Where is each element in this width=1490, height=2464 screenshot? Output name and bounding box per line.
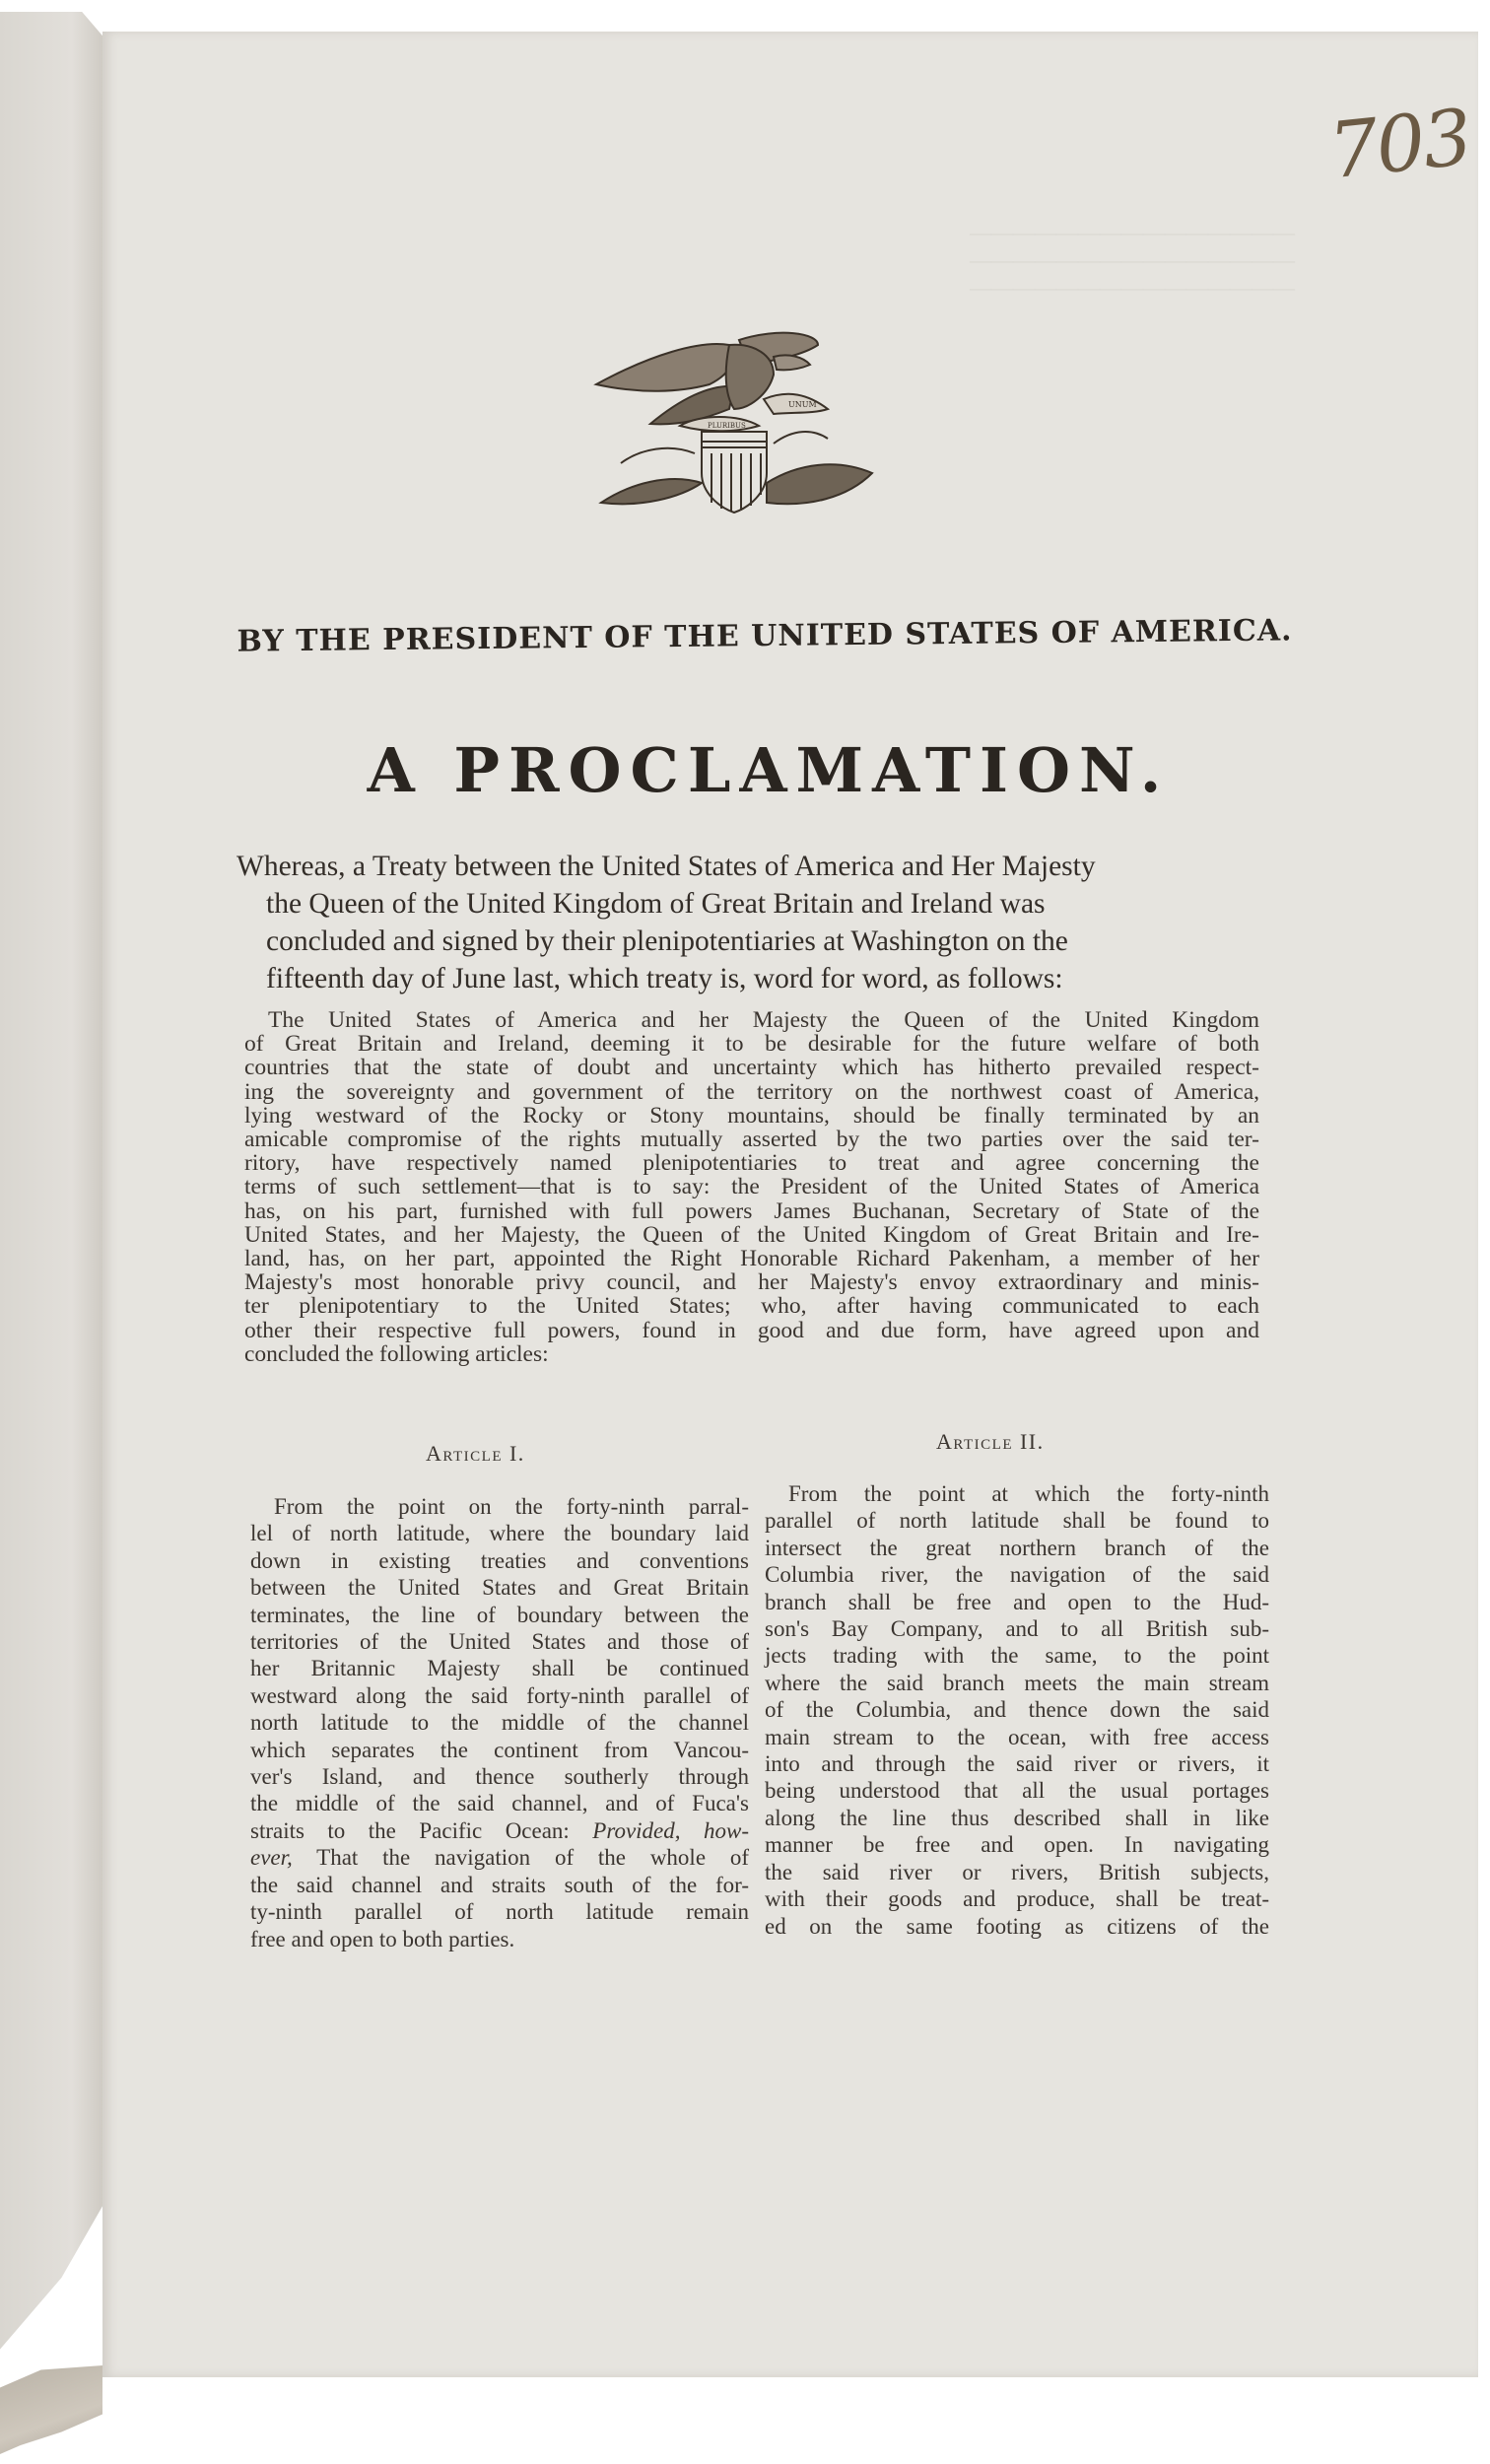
article-line: along the line thus described shall in l… <box>765 1805 1269 1831</box>
article-line: north latitude to the middle of the chan… <box>250 1709 749 1736</box>
article-line: westward along the said forty-ninth para… <box>250 1682 749 1709</box>
article-line: where the said branch meets the main str… <box>765 1670 1269 1696</box>
preamble-line: terms of such settlement—that is to say:… <box>244 1175 1259 1198</box>
article-line: ver's Island, and thence southerly throu… <box>250 1763 749 1790</box>
article-line: main stream to the ocean, with free acce… <box>765 1724 1269 1750</box>
article-line: the said channel and straits south of th… <box>250 1872 749 1898</box>
article-line: From the point on the forty-ninth parral… <box>250 1493 749 1520</box>
preamble-line: land, has, on her part, appointed the Ri… <box>244 1247 1259 1270</box>
article-line: intersect the great northern branch of t… <box>765 1535 1269 1561</box>
article-1-title: Article I. <box>426 1441 525 1467</box>
article-line: ever, That the navigation of the whole o… <box>250 1844 749 1871</box>
eagle-shield-emblem-icon: UNUM PLURIBUS <box>591 315 887 522</box>
show-through-text: ——————————————— ——————————————— ————————… <box>970 219 1295 302</box>
svg-text:PLURIBUS: PLURIBUS <box>708 422 746 430</box>
title-proclamation: A PROCLAMATION. <box>237 734 1301 806</box>
article-2-text: From the point at which the forty-ninth … <box>765 1480 1269 1940</box>
article-line: down in existing treaties and convention… <box>250 1547 749 1574</box>
preamble-line: The United States of America and her Maj… <box>244 1008 1259 1032</box>
article-line: From the point at which the forty-ninth <box>765 1480 1269 1507</box>
treaty-preamble: The United States of America and her Maj… <box>244 1008 1259 1366</box>
article-line: ed on the same footing as citizens of th… <box>765 1913 1269 1940</box>
whereas-line: Whereas, a Treaty between the United Sta… <box>237 848 1261 885</box>
italic-proviso: Provided, how- <box>592 1818 749 1843</box>
article-line: free and open to both parties. <box>250 1926 749 1952</box>
preamble-line: other their respective full powers, foun… <box>244 1319 1259 1342</box>
preamble-line: has, on his part, furnished with full po… <box>244 1199 1259 1223</box>
preamble-line: Majesty's most honorable privy council, … <box>244 1270 1259 1294</box>
article-line: ty-ninth parallel of north latitude rema… <box>250 1898 749 1925</box>
handwritten-page-number: 703 <box>1325 94 1475 196</box>
article-line: the said river or rivers, British subjec… <box>765 1859 1269 1885</box>
article-line: Columbia river, the navigation of the sa… <box>765 1561 1269 1588</box>
preamble-line: lying westward of the Rocky or Stony mou… <box>244 1104 1259 1128</box>
left-page-edge <box>0 12 102 2397</box>
article-2-title: Article II. <box>936 1429 1045 1455</box>
article-line: of the Columbia, and thence down the sai… <box>765 1696 1269 1723</box>
whereas-line: fifteenth day of June last, which treaty… <box>237 960 1261 997</box>
article-line: lel of north latitude, where the boundar… <box>250 1520 749 1546</box>
preamble-line: ter plenipotentiary to the United States… <box>244 1294 1259 1318</box>
italic-proviso: ever, <box>250 1845 293 1870</box>
article-line: branch shall be free and open to the Hud… <box>765 1589 1269 1615</box>
preamble-line: countries that the state of doubt and un… <box>244 1056 1259 1079</box>
whereas-line: concluded and signed by their plenipoten… <box>237 923 1261 960</box>
article-line: her Britannic Majesty shall be continued <box>250 1655 749 1681</box>
preamble-line: United States, and her Majesty, the Quee… <box>244 1223 1259 1247</box>
whereas-paragraph: Whereas, a Treaty between the United Sta… <box>237 848 1261 997</box>
preamble-line: of Great Britain and Ireland, deeming it… <box>244 1032 1259 1056</box>
article-1-text: From the point on the forty-ninth parral… <box>250 1493 749 1952</box>
article-line: which separates the continent from Vanco… <box>250 1737 749 1763</box>
article-line: parallel of north latitude shall be foun… <box>765 1507 1269 1534</box>
article-line: being understood that all the usual port… <box>765 1777 1269 1804</box>
svg-text:UNUM: UNUM <box>788 400 817 409</box>
article-line: into and through the said river or river… <box>765 1750 1269 1777</box>
article-line: straits to the Pacific Ocean: Provided, … <box>250 1817 749 1844</box>
torn-corner <box>0 2365 102 2454</box>
article-line: territories of the United States and tho… <box>250 1628 749 1655</box>
article-line: between the United States and Great Brit… <box>250 1574 749 1601</box>
article-line: son's Bay Company, and to all British su… <box>765 1615 1269 1642</box>
preamble-line: ing the sovereignty and government of th… <box>244 1080 1259 1104</box>
article-line: jects trading with the same, to the poin… <box>765 1642 1269 1669</box>
article-line: the middle of the said channel, and of F… <box>250 1790 749 1816</box>
article-line: manner be free and open. In navigating <box>765 1831 1269 1858</box>
preamble-line: amicable compromise of the rights mutual… <box>244 1128 1259 1151</box>
article-line: with their goods and produce, shall be t… <box>765 1885 1269 1912</box>
whereas-line: the Queen of the United Kingdom of Great… <box>237 885 1261 923</box>
preamble-line: concluded the following articles: <box>244 1342 1259 1366</box>
preamble-line: ritory, have respectively named plenipot… <box>244 1151 1259 1175</box>
article-line: terminates, the line of boundary between… <box>250 1602 749 1628</box>
